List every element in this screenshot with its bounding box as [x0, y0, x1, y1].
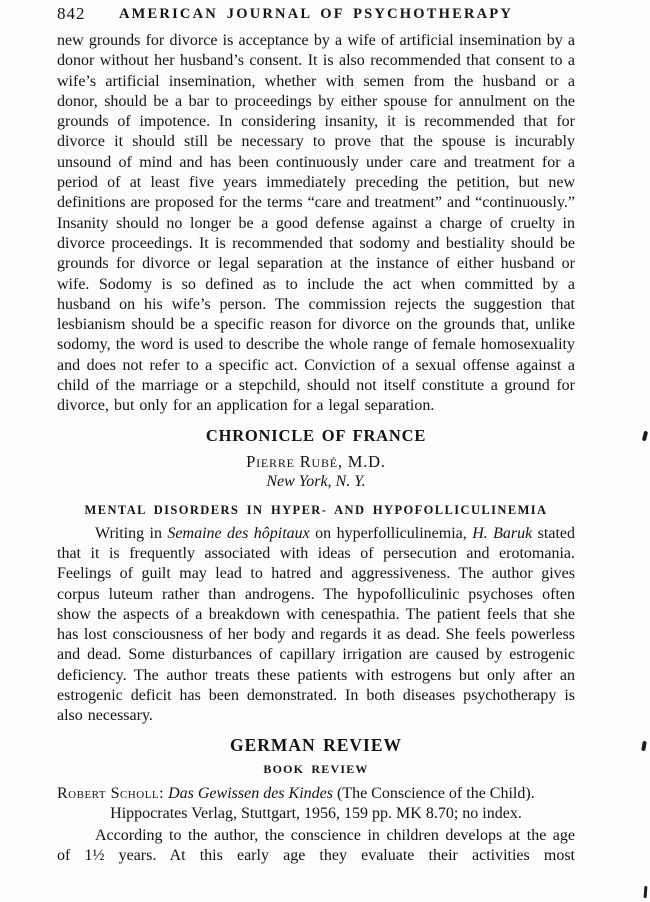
text-column: new grounds for divorce is acceptance by…	[57, 31, 575, 866]
scan-artifact	[644, 886, 648, 898]
chronicle-of-france-title: CHRONICLE OF FRANCE	[57, 426, 575, 446]
running-head: 842 AMERICAN JOURNAL OF PSYCHOTHERAPY	[57, 4, 575, 26]
journal-page: 842 AMERICAN JOURNAL OF PSYCHOTHERAPY ne…	[0, 0, 650, 902]
england-report-paragraph: new grounds for divorce is acceptance by…	[57, 31, 575, 417]
cited-author-italic: H. Baruk	[472, 525, 532, 542]
book-publisher-line: Hippocrates Verlag, Stuttgart, 1956, 159…	[57, 804, 575, 825]
chronicle-paragraph-mid: on hyperfolliculinemia,	[310, 525, 472, 542]
book-title-english: (The Conscience of the Child).	[337, 785, 535, 802]
chronicle-paragraph-lead: Writing in	[95, 525, 167, 542]
book-review-heading: BOOK REVIEW	[57, 762, 575, 777]
book-author: Robert Scholl:	[57, 785, 164, 802]
german-review-title: GERMAN REVIEW	[57, 735, 575, 756]
scan-artifact	[641, 741, 647, 752]
page-number: 842	[57, 4, 86, 24]
journal-title: AMERICAN JOURNAL OF PSYCHOTHERAPY	[57, 4, 575, 23]
hypofolliculinemia-heading: MENTAL DISORDERS IN HYPER- AND HYPOFOLLI…	[57, 503, 575, 518]
chronicle-paragraph-body: stated that it is frequently associated …	[57, 525, 575, 725]
journal-name-italic: Semaine des hôpitaux	[167, 525, 309, 542]
chronicle-author-location: New York, N. Y.	[57, 473, 575, 491]
german-review-paragraph: According to the author, the conscience …	[57, 826, 575, 867]
chronicle-author: Pierre Rubé, M.D.	[57, 452, 575, 472]
book-title-german: Das Gewissen des Kindes	[168, 785, 333, 802]
chronicle-paragraph: Writing in Semaine des hôpitaux on hyper…	[57, 524, 575, 727]
scan-artifact	[642, 431, 648, 442]
book-citation: Robert Scholl: Das Gewissen des Kindes (…	[57, 784, 575, 805]
